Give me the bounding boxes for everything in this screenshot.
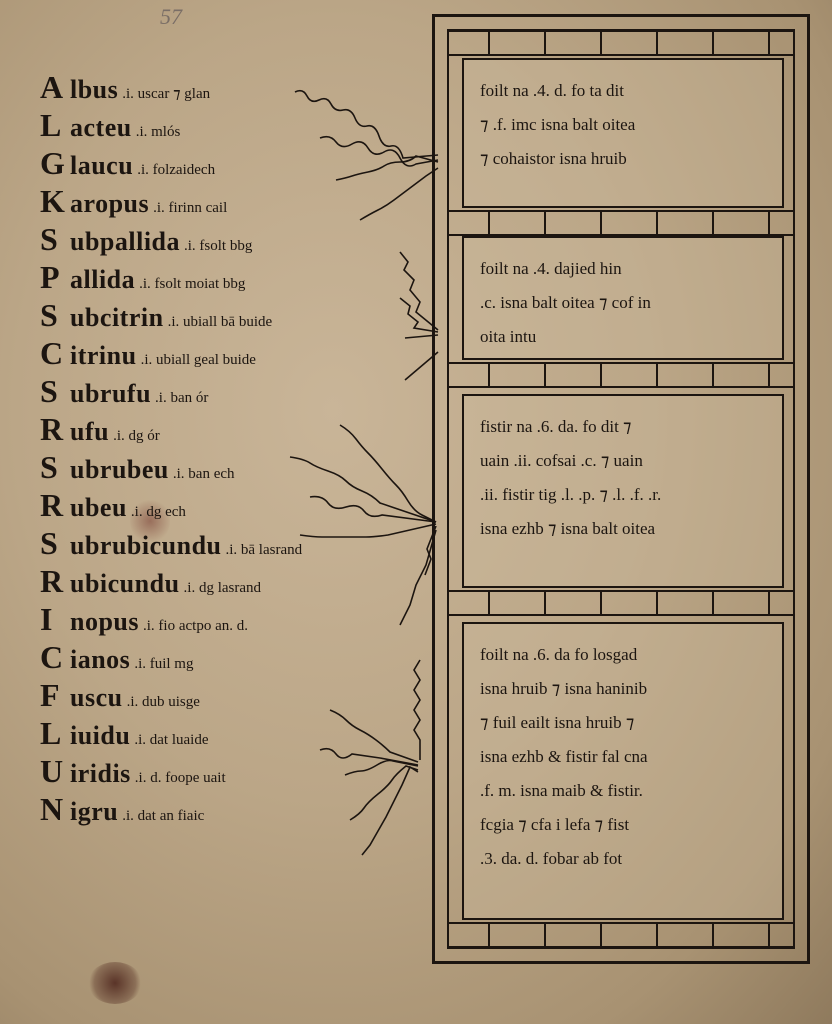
box-line: foilt na .4. dajied hin [480,252,766,286]
box-line: foilt na .6. da fo losgad [480,638,766,672]
box-line: isna ezhb & fistir fal cna [480,740,766,774]
text-box-1: foilt na .4. d. fo ta dit ⁊ .f. imc isna… [462,58,784,208]
box-line: .f. m. isna maib & fistir. [480,774,766,808]
box-line: ⁊ .f. imc isna balt oitea [480,108,766,142]
text-box-4: foilt na .6. da fo losgad isna hruib ⁊ i… [462,622,784,920]
box-line: isna hruib ⁊ isna haninib [480,672,766,706]
box-line: isna ezhb ⁊ isna balt oitea [480,512,766,546]
box-line: foilt na .4. d. fo ta dit [480,74,766,108]
box-line: .ii. fistir tig .l. .p. ⁊ .l. .f. .r. [480,478,766,512]
box-line: fistir na .6. da. fo dit ⁊ [480,410,766,444]
fret-border [448,30,794,56]
fret-border [448,590,794,616]
box-line: ⁊ fuil eailt isna hruib ⁊ [480,706,766,740]
fret-border [448,362,794,388]
text-box-2: foilt na .4. dajied hin .c. isna balt oi… [462,236,784,360]
box-line: .3. da. d. fobar ab fot [480,842,766,876]
box-line: oita intu [480,320,766,354]
fret-border [448,210,794,236]
text-box-3: fistir na .6. da. fo dit ⁊ uain .ii. cof… [462,394,784,588]
fret-border [448,922,794,948]
box-line: fcgia ⁊ cfa i lefa ⁊ fist [480,808,766,842]
box-line: ⁊ cohaistor isna hruib [480,142,766,176]
box-line: .c. isna balt oitea ⁊ cof in [480,286,766,320]
box-line: uain .ii. cofsai .c. ⁊ uain [480,444,766,478]
